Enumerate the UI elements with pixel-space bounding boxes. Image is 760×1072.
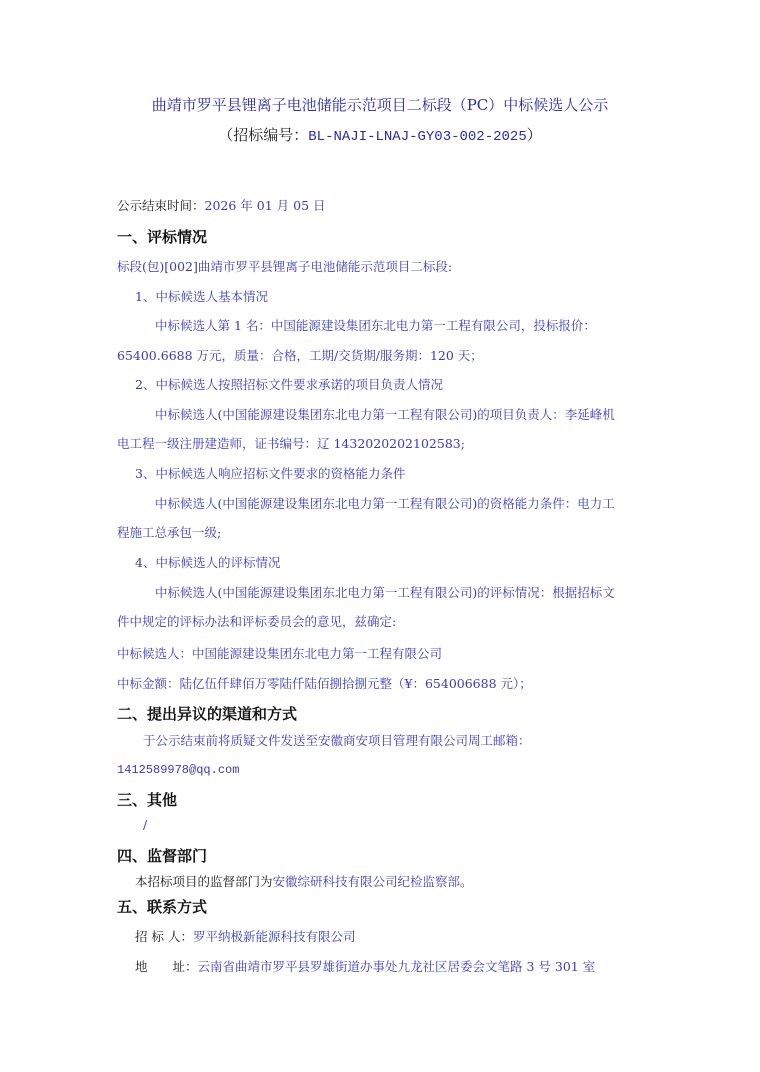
supervision-department: 安徽综研科技有限公司纪检监察部 <box>273 874 461 889</box>
tenderer-value: 罗平纳极新能源科技有限公司 <box>193 929 356 944</box>
item-1-text-line1: 中标候选人第 1 名：中国能源建设集团东北电力第一工程有限公司，投标报价： <box>155 318 596 334</box>
amount-value: 陆亿伍仟肆佰万零陆仟陆佰捌拾捌元整（¥：654006688 元）； <box>180 676 532 691</box>
document-title: 曲靖市罗平县锂离子电池储能示范项目二标段（PC）中标候选人公示 <box>0 95 760 115</box>
address-label: 地 址： <box>135 959 198 974</box>
tender-number-value: BL-NAJI-LNAJ-GY03-002-2025 <box>308 129 526 145</box>
item-4-title: 4、中标候选人的评标情况 <box>135 555 280 571</box>
item-4-text-line1: 中标候选人(中国能源建设集团东北电力第一工程有限公司)的评标情况：根据招标文 <box>155 585 615 601</box>
tenderer-row: 招 标 人：罗平纳极新能源科技有限公司 <box>135 929 355 945</box>
item-2-text-line2: 电工程一级注册建造师，证书编号：辽 1432020202102583; <box>117 436 465 452</box>
tenderer-label: 招 标 人： <box>135 929 193 944</box>
notice-page: 曲靖市罗平县锂离子电池储能示范项目二标段（PC）中标候选人公示 （招标编号：BL… <box>0 0 760 1072</box>
item-2-title: 2、中标候选人按照招标文件要求承诺的项目负责人情况 <box>135 377 443 393</box>
address-value: 云南省曲靖市罗平县罗雄街道办事处九龙社区居委会文笔路 3 号 301 室 <box>198 959 596 974</box>
item-4-text-line2: 件中规定的评标办法和评标委员会的意见，兹确定: <box>117 614 396 630</box>
winner-value: 中国能源建设集团东北电力第一工程有限公司 <box>192 646 442 661</box>
winner-candidate: 中标候选人：中国能源建设集团东北电力第一工程有限公司 <box>117 646 442 662</box>
tender-number: （招标编号：BL-NAJI-LNAJ-GY03-002-2025） <box>0 125 760 147</box>
winner-label: 中标候选人： <box>117 646 192 661</box>
address-row: 地 址：云南省曲靖市罗平县罗雄街道办事处九龙社区居委会文笔路 3 号 301 室 <box>135 959 595 975</box>
section-heading-evaluation: 一、评标情况 <box>117 227 207 247</box>
supervision-text: 本招标项目的监督部门为安徽综研科技有限公司纪检监察部。 <box>135 874 473 890</box>
section-heading-other: 三、其他 <box>117 790 177 810</box>
item-3-text-line2: 程施工总承包一级; <box>117 525 221 541</box>
item-1-title: 1、中标候选人基本情况 <box>135 289 268 305</box>
item-2-text-line1: 中标候选人(中国能源建设集团东北电力第一工程有限公司)的项目负责人：李延峰机 <box>155 407 615 423</box>
tender-number-close: ） <box>527 126 542 144</box>
section-heading-supervision: 四、监督部门 <box>117 846 207 866</box>
objection-text: 于公示结束前将质疑文件发送至安徽商安项目管理有限公司周工邮箱： <box>143 733 531 749</box>
supervision-prefix: 本招标项目的监督部门为 <box>135 874 273 889</box>
amount-label: 中标金额： <box>117 676 180 691</box>
winning-amount: 中标金额：陆亿伍仟肆佰万零陆仟陆佰捌拾捌元整（¥：654006688 元）； <box>117 676 532 692</box>
lot-info: 标段(包)[002]曲靖市罗平县锂离子电池储能示范项目二标段: <box>117 259 452 275</box>
item-1-text-line2: 65400.6688 万元，质量：合格，工期/交货期/服务期：120 天； <box>117 348 483 364</box>
section-heading-objection: 二、提出异议的渠道和方式 <box>117 704 297 724</box>
notice-end-label: 公示结束时间： <box>117 198 205 213</box>
notice-end-value: 2026 年 01 月 05 日 <box>205 198 326 213</box>
notice-end-time: 公示结束时间：2026 年 01 月 05 日 <box>117 198 326 214</box>
objection-email[interactable]: 1412589978@qq.com <box>117 762 239 778</box>
section-heading-contact: 五、联系方式 <box>117 897 207 917</box>
tender-number-label: （招标编号： <box>218 126 308 144</box>
item-3-title: 3、中标候选人响应招标文件要求的资格能力条件 <box>135 466 405 482</box>
other-text: / <box>143 817 147 833</box>
supervision-suffix: 。 <box>460 874 473 889</box>
item-3-text-line1: 中标候选人(中国能源建设集团东北电力第一工程有限公司)的资格能力条件：电力工 <box>155 496 615 512</box>
